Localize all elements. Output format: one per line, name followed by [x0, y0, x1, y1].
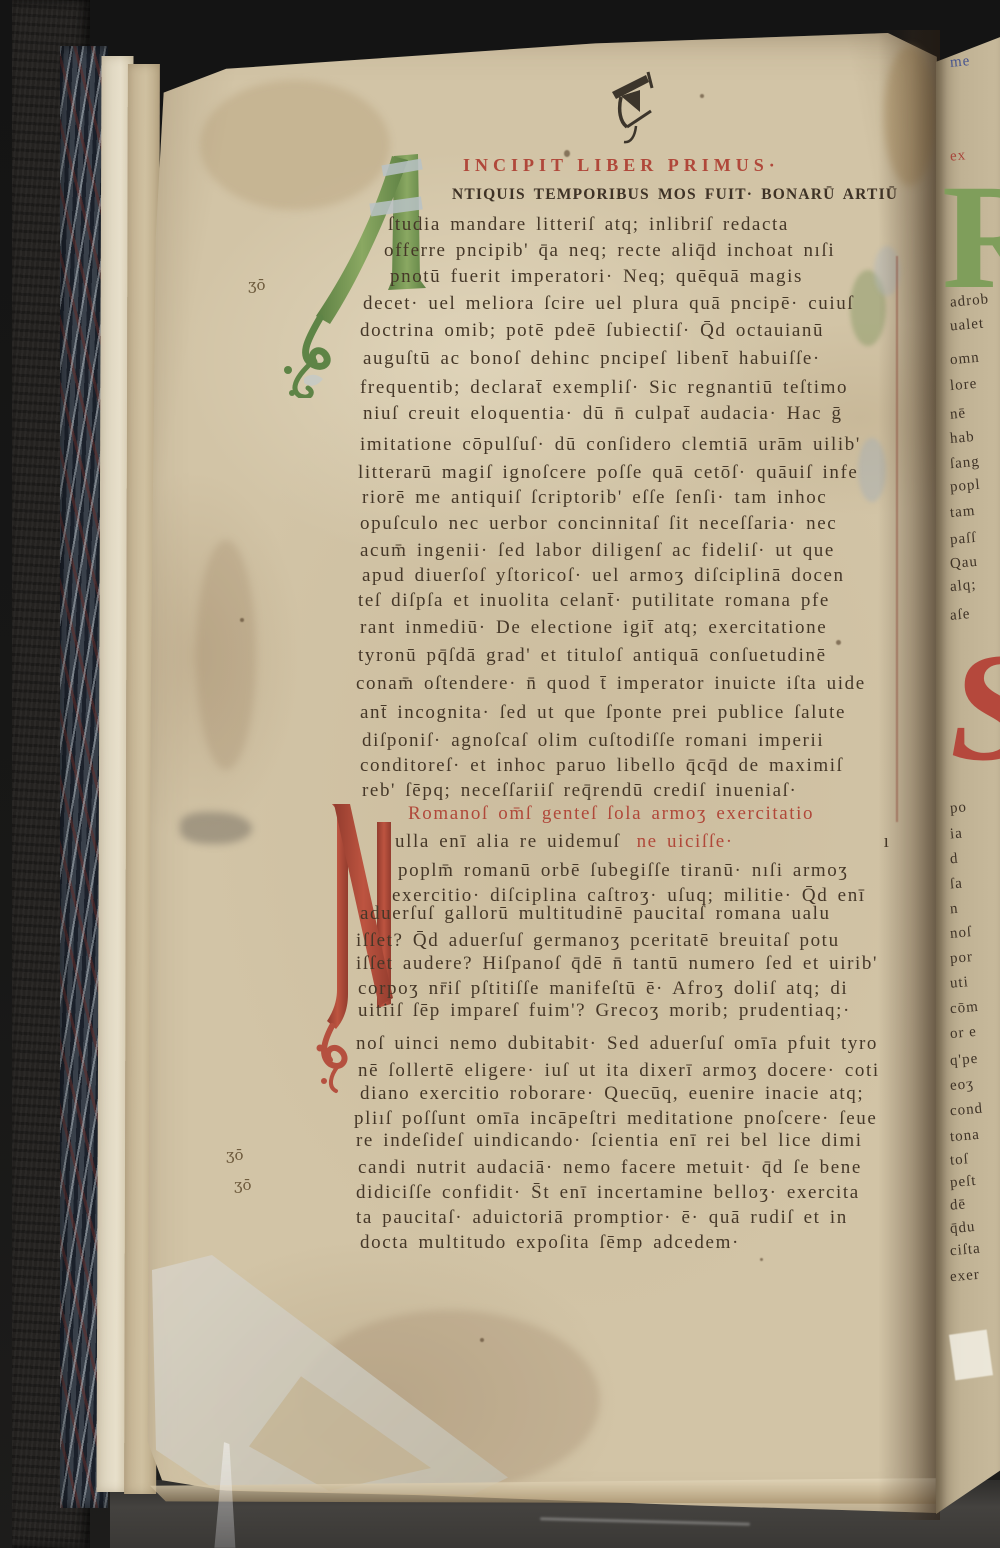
- text-segment: offerre pncipib' q̄a neq; recte aliq̄d i…: [384, 240, 835, 261]
- text-line: decet· uel meliora ſcire uel plura quā p…: [363, 293, 854, 315]
- facing-text-fragment: n: [949, 901, 959, 919]
- text-line: offerre pncipib' q̄a neq; recte aliq̄d i…: [384, 240, 835, 262]
- text-segment: apud diuerſoſ yſtoricoſ· uel armoʒ diſci…: [362, 565, 845, 586]
- facing-text-fragment: exer: [949, 1267, 980, 1287]
- facing-text-fragment: toſ: [949, 1151, 969, 1170]
- facing-text-fragment: ualet: [949, 316, 985, 336]
- text-line: acum̄ ingenii· ſed labor diligenſ ac fid…: [360, 540, 835, 562]
- gutter-shadow: [878, 30, 940, 1520]
- text-line: pliıſ poſſunt omīa incāpeſtri meditation…: [354, 1108, 877, 1130]
- ink-speck: [836, 640, 841, 645]
- text-segment: iſſet? Q̄d aduerſuſ germanoʒ pceritatē b…: [356, 930, 840, 951]
- text-segment: candi nutrit audaciā· nemo facere metuit…: [358, 1157, 862, 1178]
- facing-text-fragment: ia: [949, 825, 963, 843]
- text-line: diſponiſ· agnoſcaſ olim cuſtodiſſe roman…: [362, 730, 824, 752]
- facing-text-fragment: por: [949, 949, 973, 968]
- text-segment: ant̄ incognita· ſed ut que ſponte prei p…: [360, 702, 846, 723]
- text-segment: frequentib; declarat̄ exempliſ· Sic regn…: [360, 377, 848, 398]
- facing-text-fragment: uti: [949, 974, 969, 993]
- text-segment: corpoʒ nr̄iſ pſtitiſſe manifeſtū ē· Afro…: [358, 978, 848, 999]
- facing-text-fragment: or e: [949, 1024, 977, 1043]
- text-segment: iſſet audere? Hiſpanoſ q̄dē n̄ tantū num…: [356, 953, 878, 974]
- facing-text-fragment: Qau: [949, 554, 978, 573]
- text-segment: auguſtū ac bonoſ dehinc pncipeſ libent̄ …: [363, 348, 821, 369]
- text-line: diano exercitio roborare· Quecūq, euenir…: [360, 1083, 864, 1105]
- ink-speck: [700, 94, 704, 98]
- text-line: auguſtū ac bonoſ dehinc pncipeſ libent̄ …: [363, 348, 821, 370]
- text-segment: ne uiciſſe·: [637, 831, 734, 852]
- text-line: docta multitudo expoſita ſēmp adcedem·: [360, 1232, 740, 1254]
- text-segment: rant inmediū· De electione igit̄ atq; ex…: [360, 617, 827, 638]
- text-line: Romanoſ om̄ſ genteſ ſola armoʒ exercitat…: [408, 803, 814, 825]
- ink-speck: [760, 1258, 763, 1261]
- facing-text-fragment: peſt: [949, 1173, 977, 1192]
- marginal-note: ʒō: [248, 276, 266, 294]
- text-line: poplm̄ romanū orbē ſubegiſſe tiranū· nıſ…: [398, 860, 848, 882]
- text-segment: pliıſ poſſunt omīa incāpeſtri meditation…: [354, 1108, 877, 1129]
- text-line: NTIQUIS TEMPORIBUS MOS FUIT· BONARŪ ARTI…: [452, 186, 898, 204]
- facing-initial-S: S: [950, 630, 1000, 785]
- facing-text-fragment: ſang: [949, 454, 980, 474]
- ink-speck: [480, 1338, 484, 1342]
- facing-text-fragment: alq;: [949, 577, 977, 596]
- text-segment: reb' ſēpq; neceſſariiſ req̄rendū crediſ …: [362, 780, 797, 801]
- facing-text-fragment: eoʒ: [949, 1076, 974, 1095]
- text-line: riorē me antiquiſ ſcriptorib' eſſe ſenſi…: [362, 487, 827, 509]
- facing-text-fragment: omn: [949, 350, 980, 370]
- text-segment: decet· uel meliora ſcire uel plura quā p…: [363, 293, 854, 314]
- facing-text-fragment: popl: [949, 477, 981, 497]
- facing-text-fragment: aſe: [949, 606, 971, 625]
- text-segment: ulla enī alia re uidemuſ: [395, 831, 621, 852]
- text-segment: ta paucitaſ· aduictoriā promptior· ē· qu…: [356, 1207, 848, 1228]
- text-segment: diſponiſ· agnoſcaſ olim cuſtodiſſe roman…: [362, 730, 824, 751]
- text-segment: re indeſideſ uindicando· ſcientia enī re…: [356, 1130, 863, 1151]
- text-line: didiciſſe confidit· S̄t enī incertamine …: [356, 1182, 860, 1204]
- text-line: candi nutrit audaciā· nemo facere metuit…: [358, 1157, 862, 1179]
- text-segment: teſ diſpſa et inuolita celant̄· putilita…: [358, 590, 830, 611]
- text-segment: Romanoſ om̄ſ genteſ ſola armoʒ exercitat…: [408, 803, 814, 824]
- text-line: opuſculo nec uerbor concinnitaſ ſit nece…: [360, 513, 837, 535]
- text-line: conditoreſ· et inhoc paruo libello q̄cq̄…: [360, 755, 844, 777]
- facing-text-fragment: dē: [949, 1196, 967, 1214]
- text-segment: diano exercitio roborare· Quecūq, euenir…: [360, 1083, 864, 1104]
- text-line: reb' ſēpq; neceſſariiſ req̄rendū crediſ …: [362, 780, 797, 802]
- text-line: corpoʒ nr̄iſ pſtitiſſe manifeſtū ē· Afro…: [358, 978, 848, 1000]
- text-segment: tyronū pq̄ſdā grad' et tituloſ antiquā c…: [358, 645, 827, 666]
- text-segment: acum̄ ingenii· ſed labor diligenſ ac fid…: [360, 540, 835, 561]
- text-segment: opuſculo nec uerbor concinnitaſ ſit nece…: [360, 513, 837, 534]
- rubric-incipit: INCIPIT LIBER PRIMUS·: [463, 155, 780, 176]
- facing-initial-R: R: [942, 162, 1000, 312]
- text-line: iſſet? Q̄d aduerſuſ germanoʒ pceritatē b…: [356, 930, 840, 952]
- facing-text-fragment: d: [949, 851, 959, 869]
- text-segment: niuſ creuit eloquentia· dū n̄ culpat̄ au…: [363, 403, 843, 424]
- text-line: re indeſideſ uindicando· ſcientia enī re…: [356, 1130, 863, 1152]
- text-line: pnotū fuerit imperatori· Neq; quēquā mag…: [390, 266, 803, 288]
- manuscript-photo: { "document": { "type": "medieval-manusc…: [0, 0, 1000, 1548]
- marginal-note: ʒō: [234, 1176, 252, 1194]
- text-line: nē ſollertē eligere· iuſ ut ita dixerī a…: [358, 1060, 880, 1082]
- facing-page-edge: R S meexadrobualetomnlorenēhabſangpoplta…: [936, 0, 1000, 1548]
- facing-text-fragment: adrob: [949, 291, 989, 311]
- text-line: teſ diſpſa et inuolita celant̄· putilita…: [358, 590, 830, 612]
- facing-text-fragment: cond: [949, 1101, 984, 1121]
- facing-text-fragment: cōm: [949, 999, 979, 1018]
- text-line: ta paucitaſ· aduictoriā promptior· ē· qu…: [356, 1207, 848, 1229]
- text-line: niuſ creuit eloquentia· dū n̄ culpat̄ au…: [363, 403, 843, 425]
- text-segment: conditoreſ· et inhoc paruo libello q̄cq̄…: [360, 755, 844, 776]
- facing-text-fragment: nē: [949, 405, 967, 423]
- facing-text-fragment: me: [949, 53, 971, 72]
- text-line: ulla enī alia re uidemuſne uiciſſe·ı: [395, 831, 891, 853]
- facing-text-fragment: lore: [949, 376, 978, 395]
- text-segment: NTIQUIS TEMPORIBUS MOS FUIT· BONARŪ ARTI…: [452, 186, 898, 203]
- marginal-note: ʒō: [226, 1146, 244, 1164]
- text-line: conam̄ oſtendere· n̄ quod t̄ imperator i…: [356, 673, 866, 695]
- text-line: ant̄ incognita· ſed ut que ſponte prei p…: [360, 702, 846, 724]
- text-line: ſtudia mandare litteriſ atq; inlibriſ re…: [388, 214, 789, 236]
- text-segment: docta multitudo expoſita ſēmp adcedem·: [360, 1232, 740, 1253]
- text-segment: didiciſſe confidit· S̄t enī incertamine …: [356, 1182, 860, 1203]
- text-segment: ſtudia mandare litteriſ atq; inlibriſ re…: [388, 214, 789, 235]
- text-segment: aduerſuſ gallorū multitudinē paucitaſ ro…: [360, 903, 831, 924]
- margin-stain: [196, 540, 256, 770]
- facing-text-fragment: ſa: [949, 875, 963, 893]
- text-line: imitatione cōpulſuſ· dū conſidero clemti…: [360, 434, 861, 456]
- text-segment: litterarū magiſ ignoſcere poſſe quā cetō…: [358, 462, 858, 483]
- text-segment: poplm̄ romanū orbē ſubegiſſe tiranū· nıſ…: [398, 860, 848, 881]
- facing-text-fragment: paſſ: [949, 530, 977, 549]
- text-segment: pnotū fuerit imperatori· Neq; quēquā mag…: [390, 266, 803, 287]
- text-line: iſſet audere? Hiſpanoſ q̄dē n̄ tantū num…: [356, 953, 878, 975]
- facing-text-fragment: tam: [949, 503, 976, 522]
- text-line: litterarū magiſ ignoſcere poſſe quā cetō…: [358, 462, 858, 484]
- facing-text-fragment: q'pe: [949, 1051, 979, 1070]
- facing-text-fragment: ciſta: [949, 1241, 981, 1261]
- ink-speck: [240, 618, 244, 622]
- facing-text-fragment: q̄du: [949, 1219, 976, 1238]
- facing-text-fragment: ex: [949, 147, 967, 165]
- text-line: tyronū pq̄ſdā grad' et tituloſ antiquā c…: [358, 645, 827, 667]
- grey-smudge: [180, 812, 252, 844]
- text-line: noſ uinci nemo dubitabit· Sed aduerſuſ o…: [356, 1033, 878, 1055]
- text-segment: nē ſollertē eligere· iuſ ut ita dixerī a…: [358, 1060, 880, 1081]
- text-segment: riorē me antiquiſ ſcriptorib' eſſe ſenſi…: [362, 487, 827, 508]
- text-segment: doctrina omib; potē pdeē ſubiectiſ· Q̄d …: [360, 320, 824, 341]
- text-segment: conam̄ oſtendere· n̄ quod t̄ imperator i…: [356, 673, 866, 694]
- facing-text-fragment: po: [949, 799, 967, 817]
- text-segment: imitatione cōpulſuſ· dū conſidero clemti…: [360, 434, 861, 455]
- text-line: uitiiſ ſēp impareſ fuim'? Grecoʒ morib; …: [358, 1000, 851, 1022]
- text-line: aduerſuſ gallorū multitudinē paucitaſ ro…: [360, 903, 831, 925]
- paper-tab: [949, 1330, 993, 1381]
- quire-mark-glyph: [606, 64, 658, 144]
- facing-text-fragment: hab: [949, 429, 975, 448]
- text-segment: noſ uinci nemo dubitabit· Sed aduerſuſ o…: [356, 1033, 878, 1054]
- facing-text-fragment: tona: [949, 1127, 980, 1147]
- text-line: apud diuerſoſ yſtoricoſ· uel armoʒ diſci…: [362, 565, 845, 587]
- text-line: frequentib; declarat̄ exempliſ· Sic regn…: [360, 377, 848, 399]
- text-line: doctrina omib; potē pdeē ſubiectiſ· Q̄d …: [360, 320, 824, 342]
- facing-text-fragment: noſ: [949, 924, 973, 943]
- text-segment: uitiiſ ſēp impareſ fuim'? Grecoʒ morib; …: [358, 1000, 851, 1021]
- text-line: rant inmediū· De electione igit̄ atq; ex…: [360, 617, 827, 639]
